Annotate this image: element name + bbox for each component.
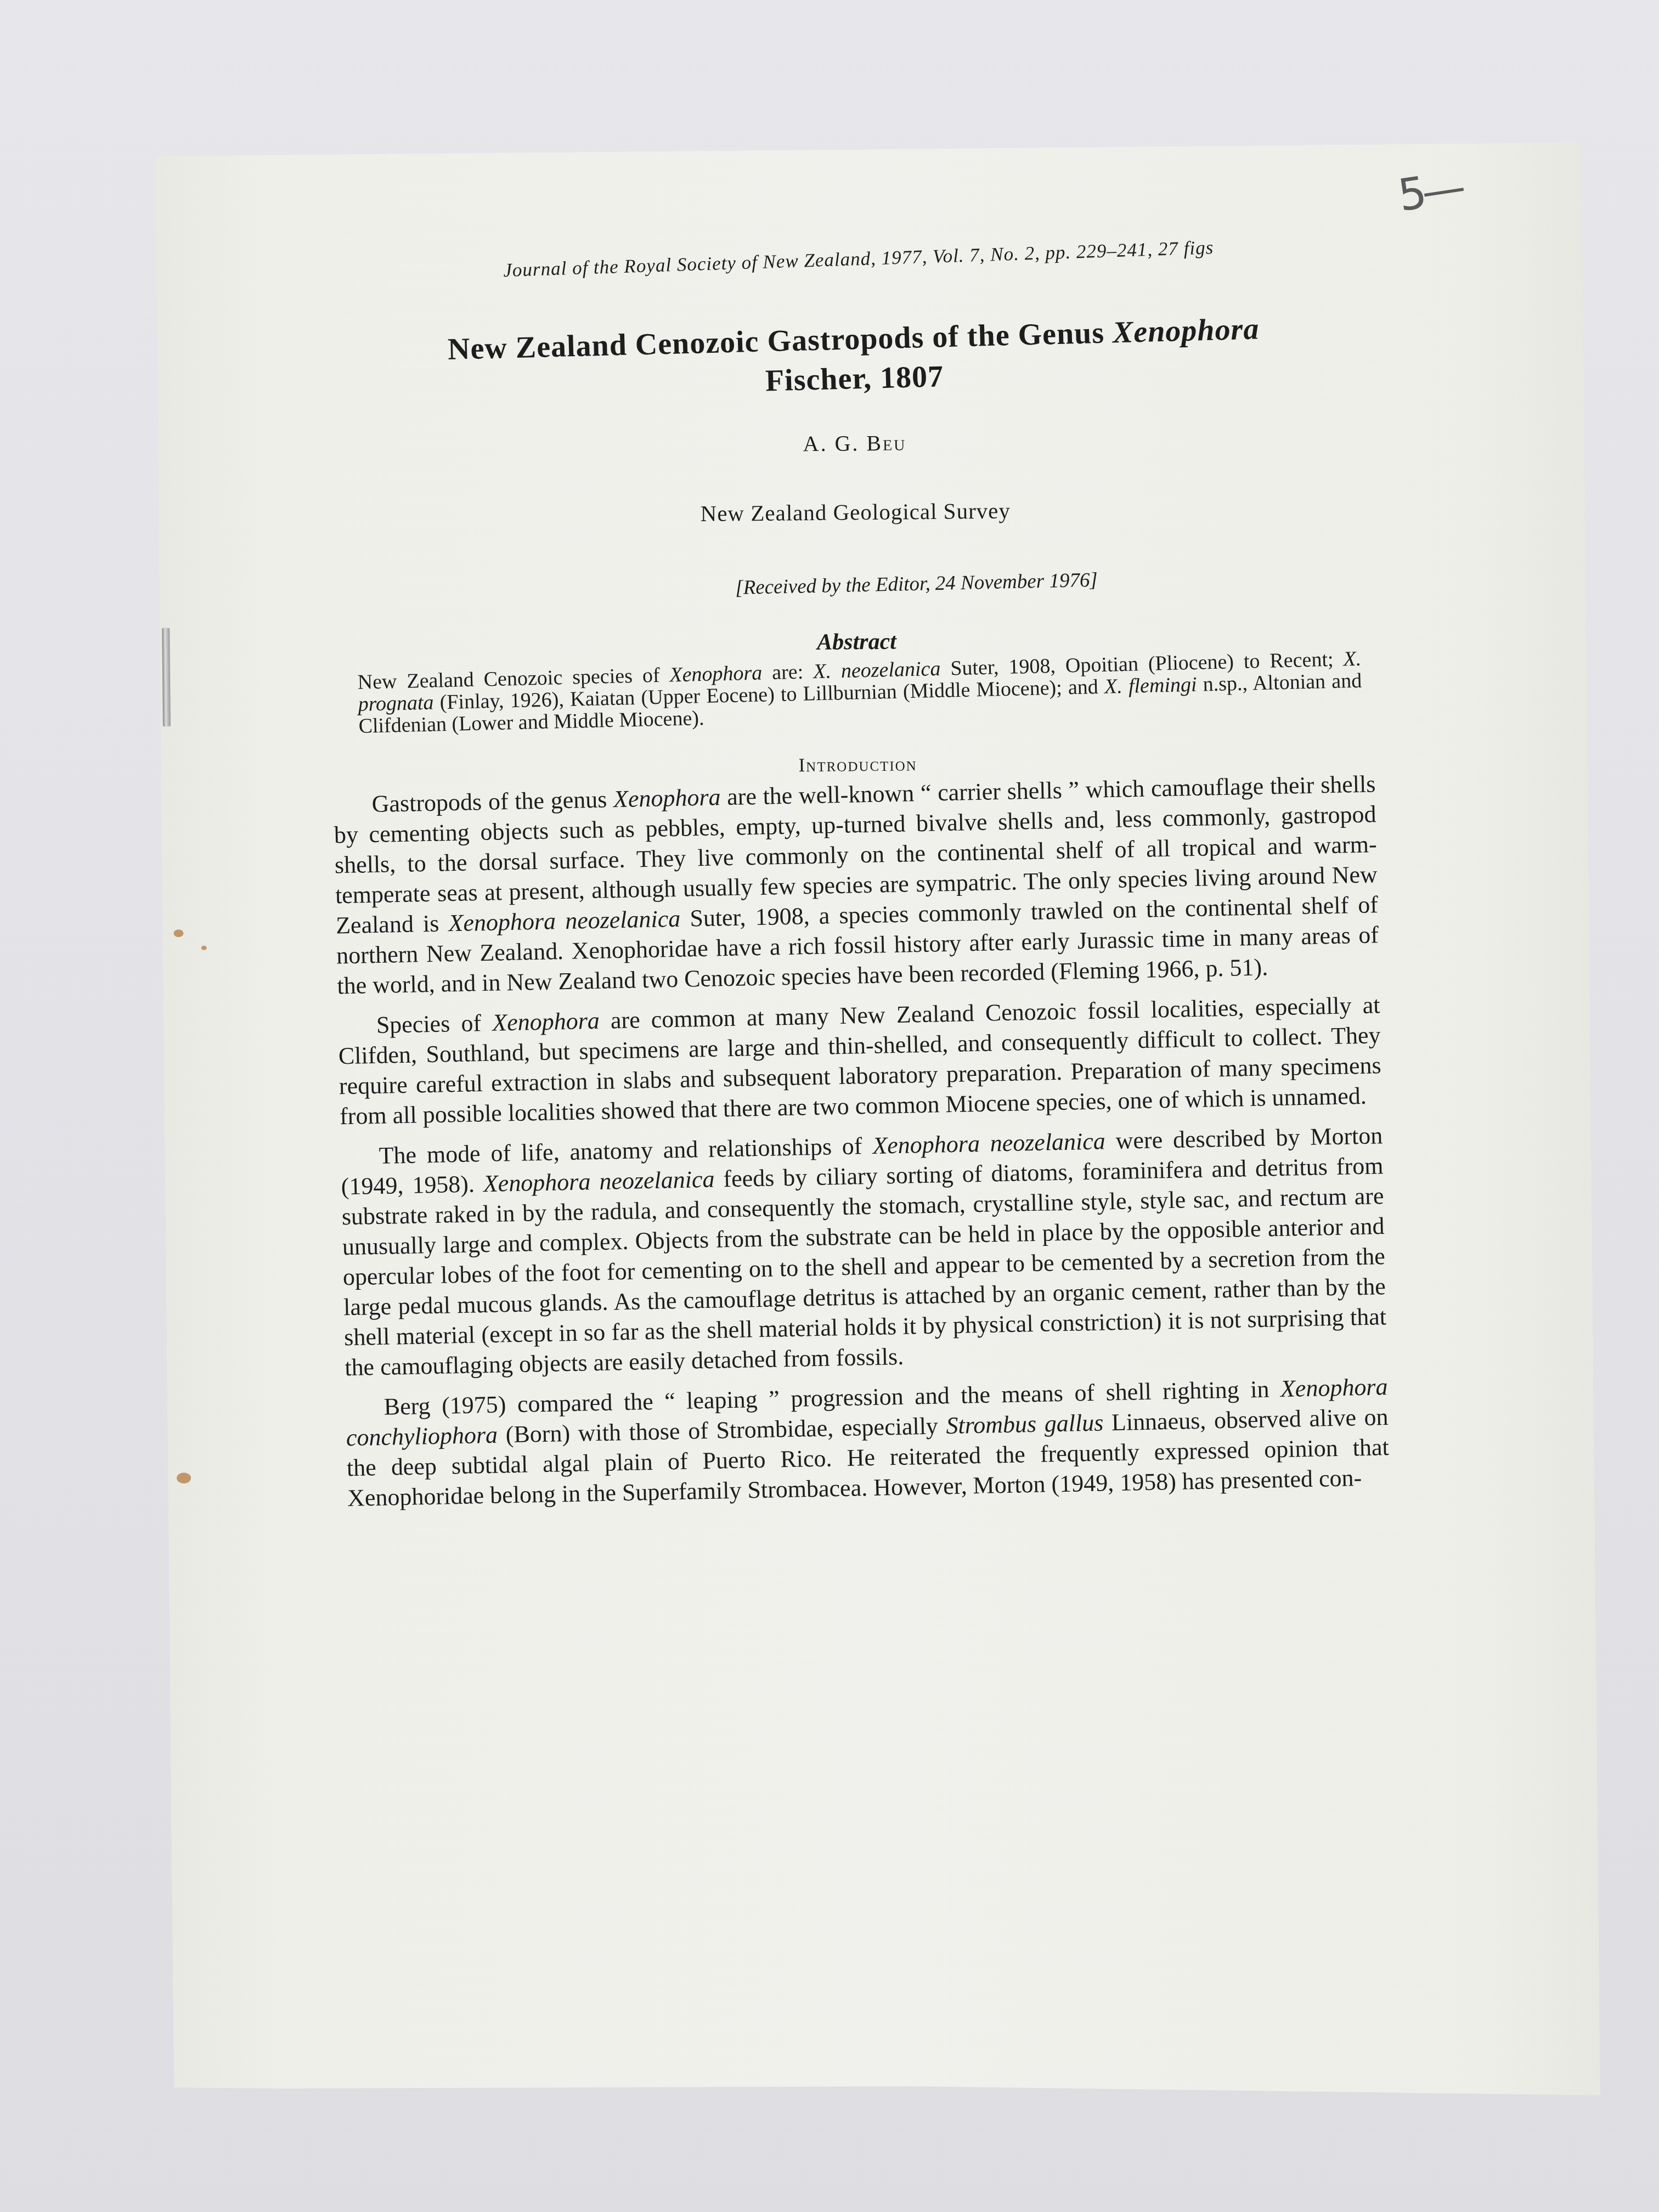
paragraph: Gastropods of the genus Xenophora are th… xyxy=(333,769,1379,1001)
article-title: New Zealand Cenozoic Gastropods of the G… xyxy=(332,306,1376,411)
paragraph: Species of Xenophora are common at many … xyxy=(337,990,1382,1131)
title-genus: Xenophora xyxy=(1112,312,1260,350)
staple-icon xyxy=(162,628,171,726)
paragraph: Berg (1975) compared the “ leaping ” pro… xyxy=(345,1372,1390,1513)
introduction-body: Gastropods of the genus Xenophora are th… xyxy=(333,769,1390,1513)
paragraph: The mode of life, anatomy and relationsh… xyxy=(340,1120,1387,1383)
rust-spot xyxy=(177,1472,191,1483)
article-content: Journal of the Royal Society of New Zeal… xyxy=(332,243,1386,1517)
handwritten-page-mark: 5— xyxy=(1395,161,1465,221)
author-name: A. G. Beu xyxy=(334,425,1376,461)
journal-citation: Journal of the Royal Society of New Zeal… xyxy=(343,232,1374,287)
abstract-text: New Zealand Cenozoic species of Xenophor… xyxy=(357,648,1362,737)
title-line2: Fischer, 1807 xyxy=(765,359,944,398)
author-affiliation: New Zealand Geological Survey xyxy=(334,494,1376,530)
rust-spot xyxy=(201,946,207,950)
title-line1: New Zealand Cenozoic Gastropods of the G… xyxy=(447,315,1113,366)
received-date: [Received by the Editor, 24 November 197… xyxy=(335,562,1377,608)
paper-sheet: 5— Journal of the Royal Society of New Z… xyxy=(155,143,1600,2109)
rust-spot xyxy=(174,929,184,937)
